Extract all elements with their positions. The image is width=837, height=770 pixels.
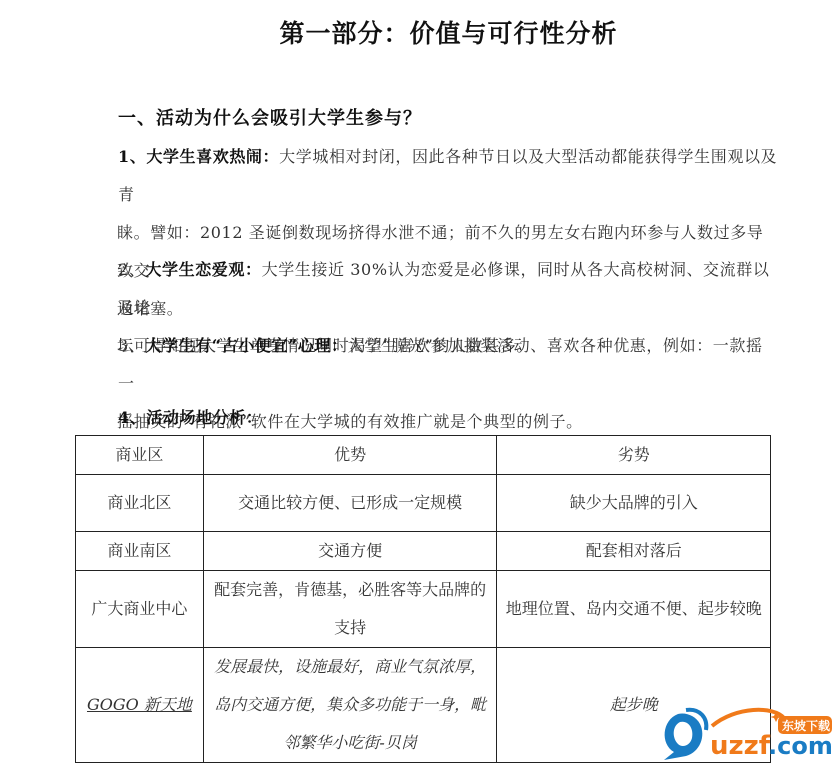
cell-cons: 地理位置、岛内交通不便、起步较晚 bbox=[497, 571, 771, 648]
table-row: 广大商业中心 配套完善，肯德基，必胜客等大品牌的支持 地理位置、岛内交通不便、起… bbox=[76, 571, 771, 648]
cell-pros: 交通比较方便、已形成一定规模 bbox=[203, 475, 497, 532]
point-2-prefix: 2、 bbox=[118, 260, 145, 279]
point-3-prefix: 3、 bbox=[118, 336, 145, 355]
cell-pros: 发展最快，设施最好，商业气氛浓厚，岛内交通方便，集众多功能于一身，毗邻繁华小吃街… bbox=[203, 648, 497, 763]
venue-heading: 4、活动场地分析： bbox=[118, 405, 263, 428]
point-3-label: 大学生有“占小便宜”心理： bbox=[145, 336, 347, 355]
header-area: 商业区 bbox=[76, 436, 204, 475]
header-pros: 优势 bbox=[203, 436, 497, 475]
table-row: 商业北区 交通比较方便、已形成一定规模 缺少大品牌的引入 bbox=[76, 475, 771, 532]
uzzf-logo-icon: uzzf .com 东坡下载 bbox=[656, 700, 836, 762]
section-heading: 一、活动为什么会吸引大学生参与？ bbox=[118, 104, 422, 130]
cell-cons: 配套相对落后 bbox=[497, 532, 771, 571]
svg-text:.com: .com bbox=[768, 732, 833, 760]
point-1-label: 1、大学生喜欢热闹： bbox=[118, 147, 279, 166]
uzzf-watermark-logo: uzzf .com 东坡下载 bbox=[656, 700, 836, 762]
cell-area: GOGO 新天地 bbox=[76, 648, 204, 763]
document-title: 第一部分：价值与可行性分析 bbox=[0, 14, 837, 50]
cell-area: 广大商业中心 bbox=[76, 571, 204, 648]
header-cons: 劣势 bbox=[497, 436, 771, 475]
table-row: 商业南区 交通方便 配套相对落后 bbox=[76, 532, 771, 571]
cell-area: 商业北区 bbox=[76, 475, 204, 532]
svg-text:uzzf: uzzf bbox=[710, 731, 771, 761]
svg-text:东坡下载: 东坡下载 bbox=[782, 718, 830, 733]
table-header-row: 商业区 优势 劣势 bbox=[76, 436, 771, 475]
cell-pros: 配套完善，肯德基，必胜客等大品牌的支持 bbox=[203, 571, 497, 648]
cell-cons: 缺少大品牌的引入 bbox=[497, 475, 771, 532]
cell-area: 商业南区 bbox=[76, 532, 204, 571]
point-2-label: 大学生恋爱观： bbox=[145, 260, 261, 279]
cell-pros: 交通方便 bbox=[203, 532, 497, 571]
